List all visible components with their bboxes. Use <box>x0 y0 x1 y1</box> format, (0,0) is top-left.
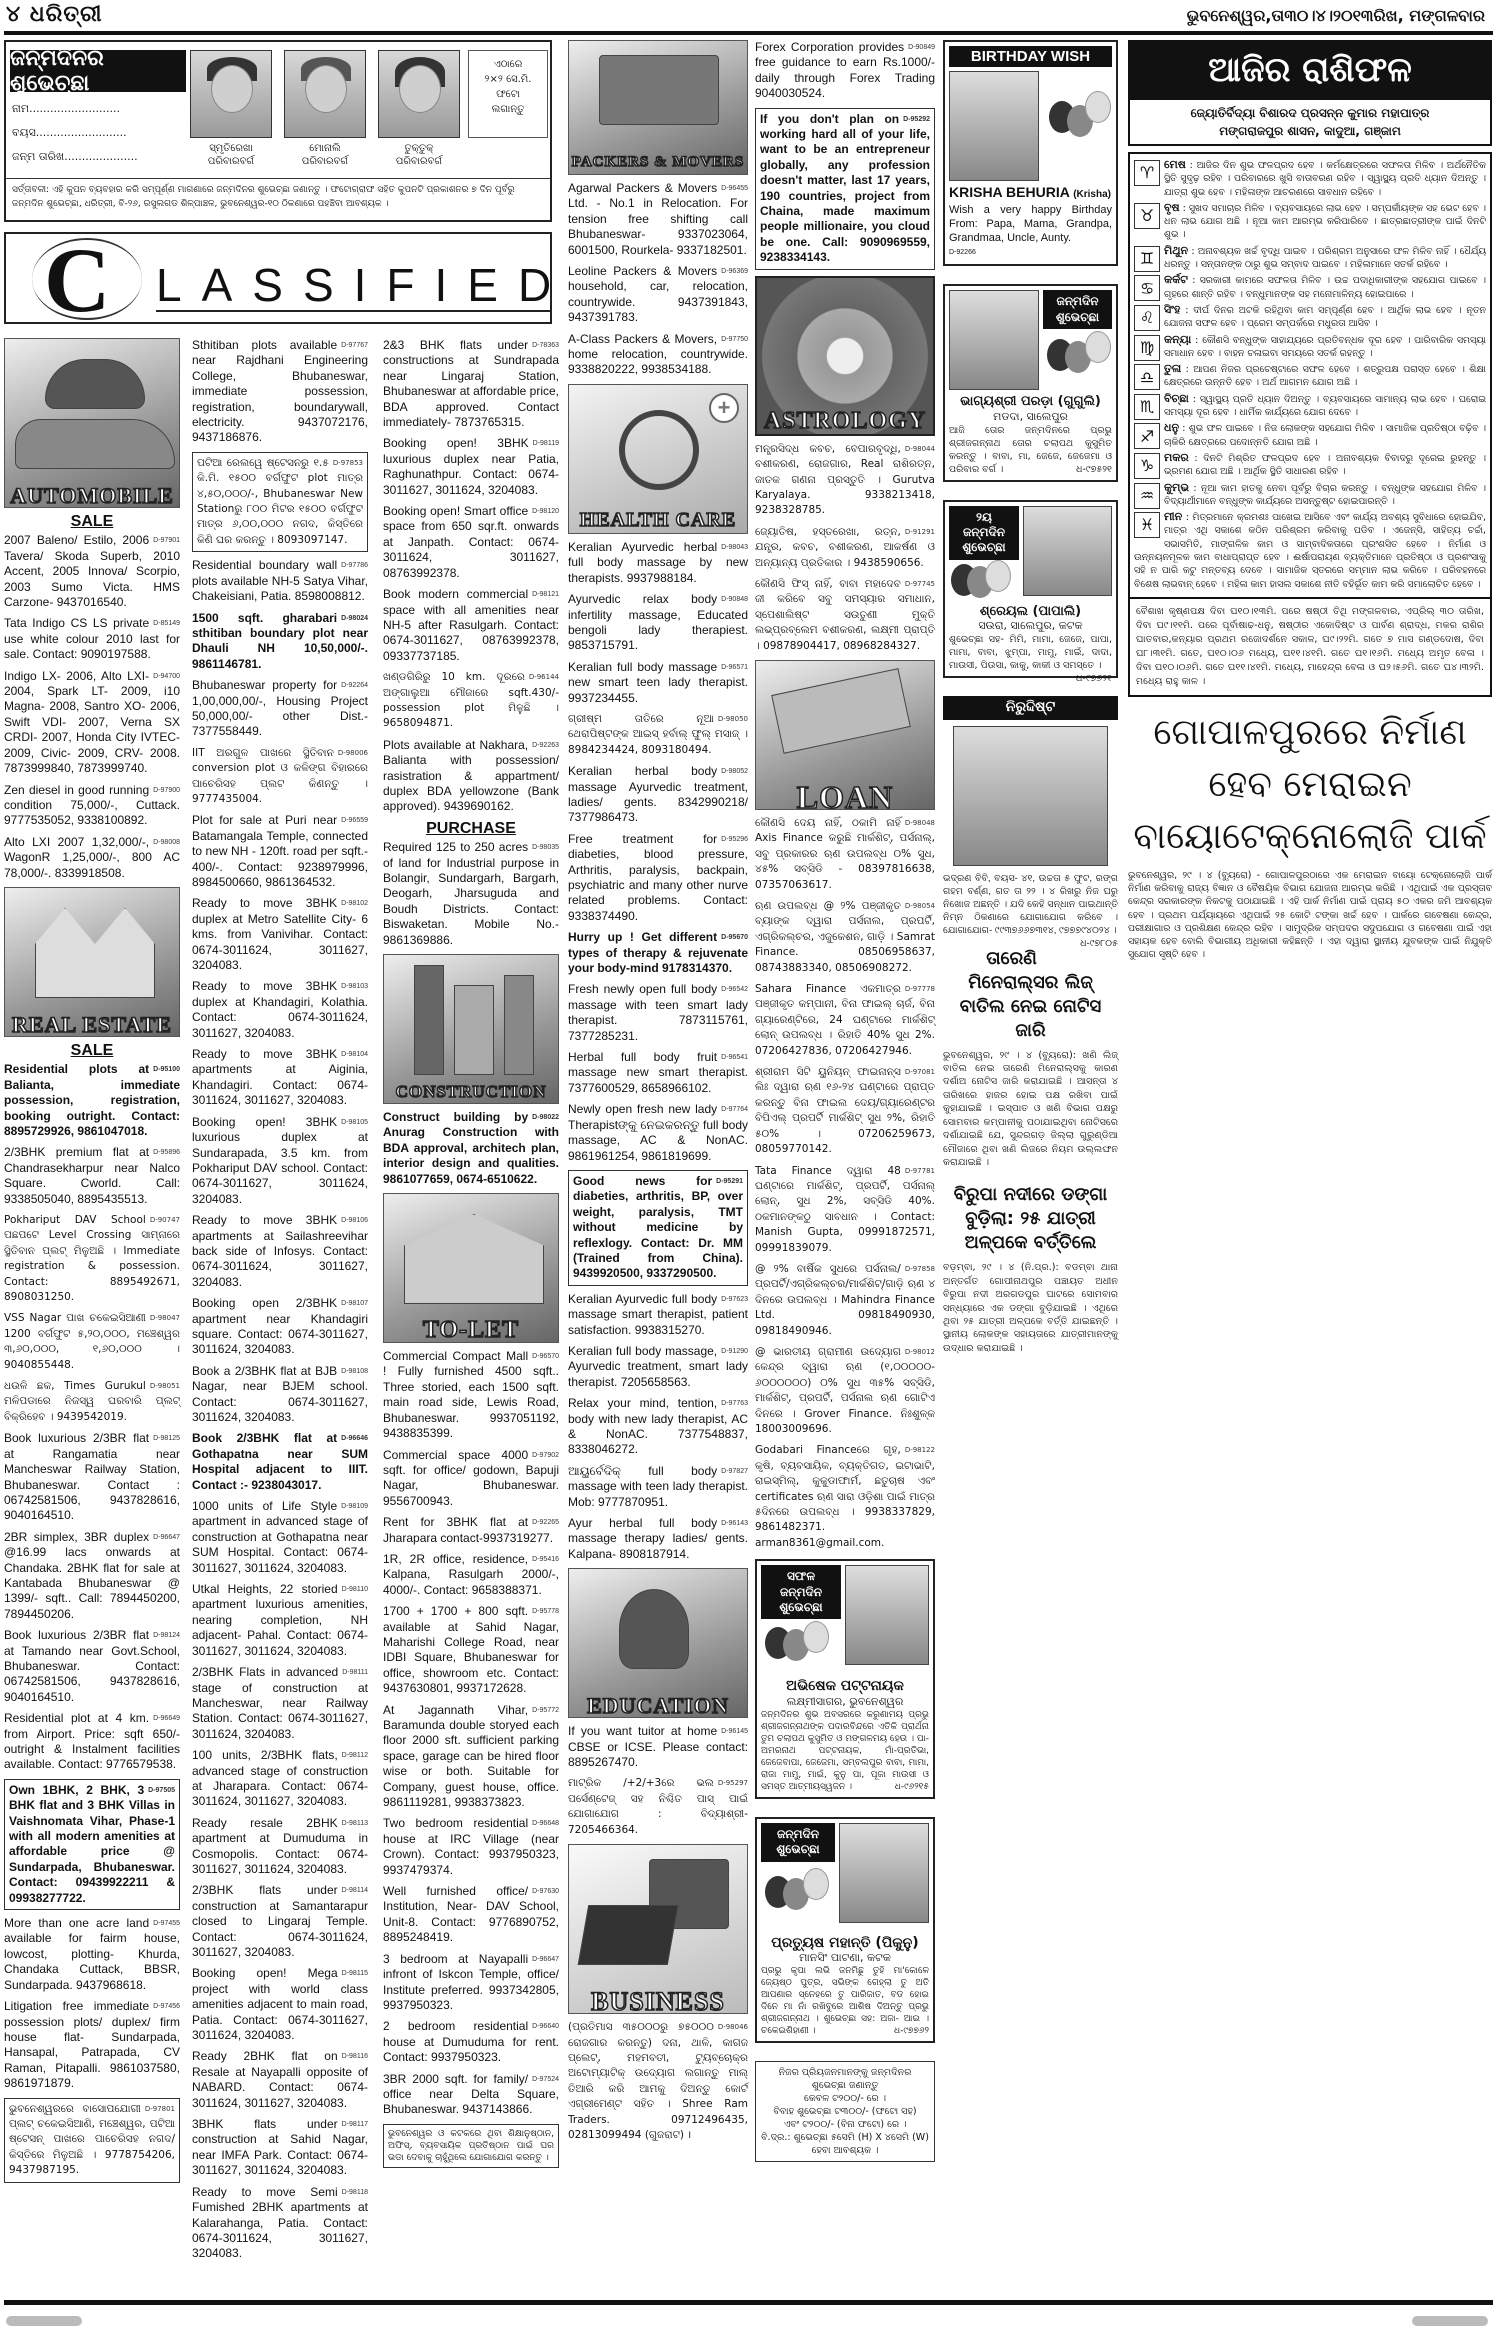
plus-icon: + <box>709 393 739 423</box>
classified-ad: D-91291ଜ୍ୟୋତିଷ, ହସ୍ତରେଖା, ରତ୍ନ, ଯନ୍ତ୍ର, … <box>755 525 935 571</box>
auto-ads: D-979012007 Baleno/ Estilo, 2006 Tavera/… <box>4 533 180 881</box>
sign-leo: ♌ସିଂହ : ଦୀର୍ଘ ଦିନର ଅଟକି ରହିଥିବା କାମ ସମ୍ପ… <box>1134 303 1486 331</box>
classified-ad: D-958962/3BHK premium flat at Chandrasek… <box>4 1145 180 1207</box>
classified-ad: D-981142/3BHK flats under construction a… <box>192 1883 368 1960</box>
classified-ad: D-98103Ready to move 3BHK duplex at Khan… <box>192 979 368 1041</box>
classified-ad: D-98106Ready to move 3BHK apartments at … <box>192 1213 368 1290</box>
classified-ad: D-98052Keralian herbal body massage Ayur… <box>568 764 748 826</box>
classified-ad: D-975243BR 2000 sqft. for family/ office… <box>383 2072 559 2118</box>
classified-ad: D-92263Plots available at Nakhara, Balia… <box>383 738 559 815</box>
age-field: ବୟସ.......................... <box>12 126 127 140</box>
wish-text: ଆଜି ତୋର ଜନ୍ମଦିନରେ ପ୍ରଭୁ ଶ୍ରୀଜଗନ୍ନାଥ ତୋର … <box>949 424 1112 476</box>
kid-photo-1 <box>190 50 272 138</box>
child-place: ସଉରା, ସାଲେପୁର, କଟକ <box>949 619 1112 633</box>
footer-pill-right <box>1412 2316 1488 2326</box>
packers-movers-label: PACKERS & MOVERS <box>569 155 747 170</box>
loan-image: LOAN <box>755 660 935 810</box>
balloons-icon <box>761 1862 835 1932</box>
column-4: PACKERS & MOVERS D-96455Agarwal Packers … <box>568 40 748 2149</box>
classified-ad: D-98118Ready to move Semi Fumished 2BHK … <box>192 2185 368 2262</box>
classified-ad: D-98105Booking open! 3BHK luxurious dupl… <box>192 1115 368 1207</box>
classified-ad: D-98116Ready 2BHK flat on Resale at Naya… <box>192 2049 368 2111</box>
classified-ad: D-98120Booking open! Smart office space … <box>383 504 559 581</box>
sign-scorpio: ♏ବିଚ୍ଛା : ସ୍ୱାସ୍ଥ୍ୟ ପ୍ରତି ଧ୍ୟାନ ଦିଅନ୍ତୁ … <box>1134 392 1486 420</box>
to-let-label: TO-LET <box>384 1323 558 1338</box>
classified-ad: D-98008Alto LXI 2007 1,32,000/-, WagonR … <box>4 835 180 881</box>
packers-movers-image: PACKERS & MOVERS <box>568 40 748 175</box>
card-tag: ଜନ୍ମଦିନ ଶୁଭେଚ୍ଛା <box>761 1823 835 1862</box>
classified-ad-boxed: D-97853ପଟିଆ ରେଲୱେ ଷ୍ଟେସନରୁ ୧.୫ କି.ମି. ୧୫… <box>192 452 368 552</box>
classified-ad: D-980241500 sqft. gharabari sthitiban bo… <box>192 611 368 673</box>
child-place: ମଡଦା, ସାଲେପୁର <box>949 410 1112 424</box>
classified-ad: D-95670Hurry up ! Get different types of… <box>568 930 748 976</box>
classified-ad: D-95297ମାଟ୍ରିକ /+2/+3ରେ ଭଲ ପର୍ସେଣ୍ଟେଜ୍ ସ… <box>568 1776 748 1838</box>
sale-heading: SALE <box>4 1043 180 1058</box>
classified-ad: D-97081ଶ୍ରୀରାମ ସିଟି ୟୁନିୟନ୍ ଫାଇନାନ୍ସ ଲିଃ… <box>755 1065 935 1157</box>
story-headline: ବିରୁପା ନଦୀରେ ଡଙ୍ଗା ବୁଡ଼ିଲା: ୨୫ ଯାତ୍ରୀ ଅଳ… <box>943 1183 1118 1255</box>
coupon-title: ଜନ୍ମଦିନର ଶୁଭେଚ୍ଛା <box>10 50 186 92</box>
classified-ad: D-96646Book 2/3BHK flat at Gothapatna ne… <box>192 1431 368 1493</box>
classified-ad: D-96570Commercial Compact Mall ! Fully f… <box>383 1349 559 1441</box>
classified-ad: D-97781Tata Finance ଦ୍ୱାରା 48 ଘଣ୍ଟାରେ ମା… <box>755 1164 935 1256</box>
birthday-coupon: ଜନ୍ମଦିନର ଶୁଭେଚ୍ଛା ନାମ...................… <box>4 40 552 222</box>
classified-ad: D-966402 bedroom residential house at Du… <box>383 2019 559 2065</box>
automobile-label: AUTOMOBILE <box>5 488 179 503</box>
truck-icon <box>599 55 719 125</box>
kid-caption-1: ସ୍ମୃତିରେଖାପରିବାରବର୍ଗ <box>186 142 276 168</box>
classified-ad: D-97750A-Class Packers & Movers, home re… <box>568 332 748 378</box>
column-1: AUTOMOBILE SALE D-979012007 Baleno/ Esti… <box>4 338 180 2189</box>
wish-text: Wish a very happy Birthday From: Papa, M… <box>949 203 1112 245</box>
card-tag: ୨ୟ ଜନ୍ମଦିନ ଶୁଭେଚ୍ଛା <box>949 506 1019 560</box>
child-place: ମାନସିଂ ପାଟଣା, କଟକ <box>761 1951 929 1965</box>
banner-c: C <box>44 234 110 324</box>
birthday-card-bhagyashree: ଜନ୍ମଦିନ ଶୁଭେଚ୍ଛା ଭାଗ୍ୟଶ୍ରୀ ପରଡ଼ା (ଗୁଗୁଲି… <box>943 284 1118 481</box>
classified-ad: D-98108Book a 2/3BHK flat at BJB Nagar, … <box>192 1364 368 1426</box>
classified-ad: D-98104Ready to move 3BHK apartments at … <box>192 1047 368 1109</box>
classified-ad: D-90849Forex Corporation provides free g… <box>755 40 935 102</box>
classified-ad: D-98044ମନ୍ତ୍ରସିଦ୍ଧ କବଚ, ବେପାରବୃଦ୍ଧି, ବଶୀ… <box>755 442 935 519</box>
classified-ad: D-85149Tata Indigo CS LS private use whi… <box>4 616 180 662</box>
health-care-image: + HEALTH CARE <box>568 384 748 534</box>
classified-ad: D-95100Residential plots at Balianta, im… <box>4 1062 180 1139</box>
person-photo <box>953 726 1108 866</box>
name-field: ନାମ.......................... <box>12 102 120 116</box>
card-title: BIRTHDAY WISH <box>949 46 1112 67</box>
laptop-icon <box>578 1905 679 1965</box>
classified-ad: D-94700Indigo LX- 2006, Alto LXI- 2004, … <box>4 669 180 777</box>
classified-ad: D-98121Book modern commercial space with… <box>383 587 559 664</box>
classified-ad: D-957781700 + 1700 + 800 sqft. available… <box>383 1604 559 1696</box>
kid-caption-3: ତୁକ୍‌ତୁକ୍ପରିବାରବର୍ଗ <box>374 142 464 168</box>
classified-ad: D-97900Zen diesel in good running condit… <box>4 783 180 829</box>
child-name: ପ୍ରତ୍ୟୁଷ ମହାନ୍ତି (ପିକୁନୁ) <box>761 1936 929 1951</box>
classified-ad: D-98125Book luxurious 2/3BR flat at Rang… <box>4 1431 180 1523</box>
column-6: BIRTHDAY WISH KRISHA BEHURIA (Krisha) Wi… <box>943 40 1118 1355</box>
classified-ad: D-98006IIT ଅରଗୁଳ ପାଖରେ ସ୍ଥିତିବାନ convers… <box>192 746 368 808</box>
page-label: ୪ ଧରିତ୍ରୀ <box>6 2 103 27</box>
classified-ad: D-97858@ ୨% ବାର୍ଷିକ ସୁଧରେ ପର୍ସନାଲ/ ପ୍ରପର… <box>755 1262 935 1339</box>
classified-ad: D-96143Ayur herbal full body massage the… <box>568 1516 748 1562</box>
classified-ad: D-97786Residential boundary wall plots a… <box>192 558 368 604</box>
classified-ad: D-98054ଋଣ ଉପଲବ୍ଧ @ ୨% ପଞ୍ଜୀକୃତ ବ୍ୟାଙ୍କ ଦ… <box>755 899 935 976</box>
astrology-image: ASTROLOGY <box>755 276 935 436</box>
sign-aquarius: ♒କୁମ୍ଭ : ନୂଆ କାମ ହାତକୁ ନେବା ପୂର୍ବରୁ ବିଚା… <box>1134 481 1486 509</box>
child-name: KRISHA BEHURIA (Krisha) <box>949 185 1112 202</box>
automobile-image: AUTOMOBILE <box>4 338 180 508</box>
balloons-icon <box>1049 91 1109 161</box>
classified-ad: D-98122Godabari Financeରେ ଗୃହ, କୃଷି, ବ୍ୟ… <box>755 1443 935 1551</box>
taurus-icon: ♉ <box>1134 203 1160 229</box>
story-body: ବଡ଼ମ୍ବା, ୨୯ । ୪ (ନି.ପ୍ର.): ବଡମ୍ବା ଥାନା ଅ… <box>943 1261 1118 1355</box>
classified-ad: D-96542Fresh newly open full body massag… <box>568 982 748 1044</box>
classified-ad: D-91290Keralian full body massage, Ayurv… <box>568 1344 748 1390</box>
news-body: ଭୁବନେଶ୍ୱର, ୨୯ । ୪ (ବ୍ୟୁରୋ) - ଗୋପାଳପୁରଠାର… <box>1128 869 1492 961</box>
classified-ad: D-92265Rent for 3BHK flat at Jharapara c… <box>383 1515 559 1546</box>
sign-taurus: ♉ବୃଷ : ସୁଖଦ ସମାଚାର ମିଳିବ । ବ୍ୟବସାୟରେ ଲାଭ… <box>1134 201 1486 242</box>
kid-caption-2: ମୋନାଲିପରିବାରବର୍ଗ <box>280 142 370 168</box>
purchase-heading: PURCHASE <box>383 821 559 836</box>
coupon-terms: ସର୍ତ୍ତାବଳୀ: ଏହି କୁପନ ବ୍ୟବହାର କରି ସମ୍ପୂର୍… <box>6 178 550 215</box>
business-label: BUSINESS <box>569 1994 747 2009</box>
child-photo <box>949 290 1039 390</box>
classified-ad: D-96649Residential plot at 4 km. from Ai… <box>4 1711 180 1773</box>
notice-box: ଭୁବନେଶ୍ୱର ଓ କଟକରେ ଥିବା ଶିକ୍ଷାନୁଷ୍ଠାନ, ଅଫ… <box>383 2124 559 2168</box>
business-image: BUSINESS <box>568 1844 748 2014</box>
child-photo <box>845 1565 929 1665</box>
real-estate-label: REAL ESTATE <box>5 1017 179 1032</box>
libra-icon: ♎ <box>1134 364 1160 390</box>
classified-ad: D-97623Keralian Ayurvedic full body mass… <box>568 1292 748 1338</box>
classified-ad: D-96571Keralian full body massage new sm… <box>568 660 748 706</box>
building-icon <box>504 975 534 1075</box>
child-photo <box>949 71 1039 181</box>
classified-ad: D-966472BR simplex, 3BR duplex @16.99 la… <box>4 1530 180 1622</box>
photo-placeholder: ଏଠାରେ୨×୨ ସେ.ମି.ଫଟୋଲଗାନ୍ତୁ <box>468 50 548 138</box>
classified-ad: D-97764Newly open fresh new lady Therapi… <box>568 1102 748 1164</box>
classified-ad: D-96455Agarwal Packers & Movers Ltd. - N… <box>568 181 748 258</box>
classified-ad: D-96145If you want tuitor at home CBSE o… <box>568 1724 748 1770</box>
health-care-label: HEALTH CARE <box>569 513 747 528</box>
sign-aries: ♈ମେଷ : ଆଜିର ଦିନ ଶୁଭ ଫଳପ୍ରଦ ହେବ । କର୍ମକ୍ଷ… <box>1134 158 1486 199</box>
birthday-wish-krisha: BIRTHDAY WISH KRISHA BEHURIA (Krisha) Wi… <box>943 40 1118 266</box>
classified-ad: D-96541Herbal full body fruit massage ne… <box>568 1050 748 1096</box>
top-rule <box>4 31 1493 35</box>
balloons-icon <box>761 1619 841 1675</box>
sign-virgo: ♍କନ୍ୟା : କୌଣସି ବନ୍ଧୁଙ୍କ ସାହାଯ୍ୟରେ ପ୍ରତିବ… <box>1134 333 1486 361</box>
classified-ad-boxed: D-95291Good news for diabeties, arthriti… <box>568 1170 748 1286</box>
classified-ad: D-97763Relax your mind, tention, body wi… <box>568 1396 748 1458</box>
stethoscope-icon <box>619 410 699 490</box>
ad-code: D-92266 <box>949 245 1112 260</box>
classified-ad: D-981112/3BHK Flats in advanced stage of… <box>192 1665 368 1742</box>
classified-banner: C LASSIFIED <box>4 232 552 324</box>
balloons-icon <box>1043 329 1112 389</box>
classified-ad: D-98115Booking open! Mega project with w… <box>192 1966 368 2043</box>
column-3: D-783632&3 BHK flats under constructions… <box>383 338 559 2174</box>
construction-label: CONSTRUCTION <box>384 1084 558 1099</box>
sign-libra: ♎ତୁଳା : ଆପଣ ନିଜର ପ୍ରଚେଷ୍ଟାରେ ସଫଳ ହେବେ । … <box>1134 362 1486 390</box>
education-label: EDUCATION <box>569 1698 747 1713</box>
classified-ad: D-97827ଆୟୁର୍ବେଦିକ୍ full body massage wit… <box>568 1464 748 1510</box>
classified-ad: D-98048କୌଣସି ଦେୟ ନାହିଁ, ଠକାମି ନାହିଁ Axis… <box>755 816 935 893</box>
classified-ad: D-98035Required 125 to 250 acres of land… <box>383 840 559 948</box>
missing-person-notice: ନିରୁଦ୍ଦିଷ୍ଟ ଭଦ୍ରଣ ବିବି, ବୟସ- ୪୧, ଉଚ୍ଚତା … <box>943 696 1118 936</box>
student-icon <box>619 1589 689 1669</box>
child-photo <box>1023 506 1112 596</box>
classified-ad: D-98043Keralian Ayurvedic herbal full bo… <box>568 540 748 586</box>
classified-ad: D-954161R, 2R office, residence, Kalpana… <box>383 1552 559 1598</box>
classified-ad: D-98124Book luxurious 2/3BR flat at Tama… <box>4 1628 180 1705</box>
birthday-card-shreyal: ୨ୟ ଜନ୍ମଦିନ ଶୁଭେଚ୍ଛା ଶ୍ରେୟଲ (ପାପାଲି) ସଉରା… <box>943 500 1118 679</box>
classified-ad: D-97902Commercial space 4000 sqft. for o… <box>383 1448 559 1510</box>
news-headline: ଗୋପାଳପୁରରେ ନିର୍ମାଣ ହେବ ମେରାଇନ ବାୟୋଟେକ୍ନୋ… <box>1128 707 1492 863</box>
classified-ad: D-90848Ayurvedic relax body infertility … <box>568 592 748 654</box>
aquarius-icon: ♒ <box>1134 483 1160 509</box>
horoscope-title: ଆଜିର ରାଶିଫଳ <box>1128 40 1492 100</box>
almanac-box: ବୈଶାଖ କୃଷ୍ଣପକ୍ଷ ଦିବା ଘ୧୦।୧୩ମି. ପରେ ଷଷ୍ଠୀ… <box>1128 599 1492 697</box>
dob-field: ଜନ୍ମ ତାରିଖ..................... <box>12 150 138 164</box>
education-image: EDUCATION <box>568 1568 748 1718</box>
classified-ad: D-98102Ready to move 3BHK duplex at Metr… <box>192 896 368 973</box>
scorpio-icon: ♏ <box>1134 394 1160 420</box>
horoscope-body: ♈ମେଷ : ଆଜିର ଦିନ ଶୁଭ ଫଳପ୍ରଦ ହେବ । କର୍ମକ୍ଷ… <box>1128 152 1492 599</box>
classified-ad: D-97455More than one acre land available… <box>4 1916 180 1993</box>
car-icon <box>15 419 175 469</box>
astrologer-byline: ଜ୍ୟୋତିର୍ବିଦ୍ୟା ବିଶାରଦ ପ୍ରସନ୍ନ କୁମାର ମହାପ… <box>1128 100 1492 146</box>
column-2: D-97767Sthitiban plots available near Ra… <box>192 338 368 2268</box>
child-name: ଅଭିଷେକ ପଟ୍ଟନାୟକ <box>761 1679 929 1694</box>
cancer-icon: ♋ <box>1134 275 1160 301</box>
notice-text: ଭଦ୍ରଣ ବିବି, ବୟସ- ୪୧, ଉଚ୍ଚତା ୫ ଫୁଟ, ରଙ୍ଗ … <box>943 872 1118 937</box>
classified-ad: D-96648Two bedroom residential house at … <box>383 1816 559 1878</box>
child-name: ଶ୍ରେୟଲ (ପାପାଲି) <box>949 604 1112 619</box>
house-icon <box>35 908 155 998</box>
classified-ad: D-98110Utkal Heights, 22 storied apartme… <box>192 1582 368 1659</box>
building-icon <box>454 985 494 1075</box>
aries-icon: ♈ <box>1134 160 1160 186</box>
virgo-icon: ♍ <box>1134 335 1160 361</box>
loan-label: LOAN <box>756 790 934 805</box>
capricorn-icon: ♑ <box>1134 453 1160 479</box>
wish-text: ଜନ୍ମଦିନର ଶୁଭ ଅବସରରେ କରୁଣାମୟ ପ୍ରଭୁ ଶ୍ରୀଜଗ… <box>761 1709 929 1793</box>
classified-ad-boxed: D-95292If you don't plan on working hard… <box>755 108 935 270</box>
classified-ad: D-92264Bhubaneswar property for 1,00,000… <box>192 678 368 740</box>
sagittarius-icon: ♐ <box>1134 423 1160 449</box>
card-tag: ସଫଳ ଜନ୍ମଦିନ ଶୁଭେଚ୍ଛା <box>761 1565 841 1619</box>
classified-ad: D-90747Pokhariput DAV School ପଛପଟେ Level… <box>4 1213 180 1305</box>
to-let-image: TO-LET <box>383 1193 559 1343</box>
classified-ad: D-981091000 units of Life Style apartmen… <box>192 1499 368 1576</box>
sign-sagittarius: ♐ଧନୁ : ଶୁଭ ଫଳ ପାଇବେ । ନିଜ ଲୋକଙ୍କ ସହଯୋଗ ମ… <box>1134 421 1486 449</box>
wish-text: ଶୁଭେଚ୍ଛା ସହ- ମିମି, ମାମା, ଜେଜେ, ପାପା, ମାମ… <box>949 633 1112 672</box>
dateline: ଭୁବନେଶ୍ୱର,ତା୩୦।୪।୨୦୧୩ରିଖ, ମଙ୍ଗଳବାର <box>1187 6 1485 26</box>
classified-ad: D-95296Free treatment for diabeties, blo… <box>568 832 748 924</box>
sign-pisces: ♓ମୀନ : ମିତ୍ରମାନେ କ୍ରମଶଃ ପାଖେଇ ଆସିବେ ଏବଂ … <box>1134 510 1486 591</box>
footer-pill-left <box>6 2316 82 2326</box>
sign-cancer: ♋କର୍କଟ : ସରକାରୀ କାମରେ ସଫଳତା ମିଳିବ । ଉଚ୍ଚ… <box>1134 273 1486 301</box>
classified-ad: D-96144ଖଣ୍ଡଗିରିରୁ 10 km. ଦୂରରେ ଅଙ୍ଗାଲୁଆ … <box>383 670 559 732</box>
house-icon <box>404 1214 544 1304</box>
birthday-card-pratyush: ଜନ୍ମଦିନ ଶୁଭେଚ୍ଛା ପ୍ରତ୍ୟୁଷ ମହାନ୍ତି (ପିକୁନ… <box>755 1817 935 2043</box>
sign-gemini: ♊ମିଥୁନ : ଅନାବଶ୍ୟକ ଖର୍ଚ୍ଚ ବୃଦ୍ଧି ପାଇବ । ପ… <box>1134 244 1486 272</box>
column-5: D-90849Forex Corporation provides free g… <box>755 40 935 2162</box>
banner-text: LASSIFIED <box>156 260 552 310</box>
classified-ad: D-97630Well furnished office/ Institutio… <box>383 1884 559 1946</box>
story-headline: ତାରେଣି ମିନେରାଲ୍ସର ଲିଜ୍ ବାତିଲ ନେଇ ନୋଟିସ ଜ… <box>943 947 1118 1043</box>
horoscope-section: ଆଜିର ରାଶିଫଳ ଜ୍ୟୋତିର୍ବିଦ୍ୟା ବିଶାରଦ ପ୍ରସନ୍… <box>1128 40 1492 961</box>
classified-ad: D-98112100 units, 2/3BHK flats, advanced… <box>192 1748 368 1810</box>
real-estate-image: REAL ESTATE <box>4 887 180 1037</box>
balloons-icon <box>949 560 1019 600</box>
bottom-rule <box>4 2300 1493 2305</box>
rates-box: ନିଜର ପ୍ରିୟଜନମାନଙ୍କୁ ଜନ୍ମଦିନର ଶୁଭେଚ୍ଛା ଜଣ… <box>755 2061 935 2162</box>
classified-ad: D-96369Leoline Packers & Movers househol… <box>568 264 748 326</box>
classified-ad: D-98119Booking open! 3BHK luxurious dupl… <box>383 436 559 498</box>
sale-heading: SALE <box>4 514 180 529</box>
birthday-card-abhishek: ସଫଳ ଜନ୍ମଦିନ ଶୁଭେଚ୍ଛା ଅଭିଷେକ ପଟ୍ଟନାୟକ ଲକ୍… <box>755 1559 935 1799</box>
kid-photo-3 <box>378 50 460 138</box>
wish-text: ପ୍ରଭୁ କୃପା ଲଭି ଜନମିଛୁ ତୁହି ମା'କୋଳେ ଜ୍ୟେଷ… <box>761 1965 929 2037</box>
classified-ad: D-783632&3 BHK flats under constructions… <box>383 338 559 430</box>
gemini-icon: ♊ <box>1134 246 1160 272</box>
classified-ad-boxed: D-97505Own 1BHK, 2 BHK, 3 BHK flat and 3… <box>4 1779 180 1910</box>
classified-ad: D-98012@ ଭାରତୀୟ ଗ୍ରାମୀଣ ଉଦ୍ୟୋଗ କେନ୍ଦ୍ର ଦ… <box>755 1345 935 1437</box>
classified-ad: D-981173BHK flats under construction at … <box>192 2117 368 2179</box>
kid-photo-2 <box>284 50 366 138</box>
sign-capricorn: ♑ମକର : ଦିନଟି ମିଶ୍ରିତ ଫଳପ୍ରଦ ହେବ । ଅନାବଶ୍… <box>1134 451 1486 479</box>
banner-underline <box>156 310 550 312</box>
classified-ad: D-98050ଗ୍ରୀଷ୍ମ ତାତିରେ ନୂଆ ଥେରାପିଷ୍ଟଙ୍କ ଆ… <box>568 712 748 758</box>
building-icon <box>414 965 444 1075</box>
classified-ad: D-97456Litigation free immediate possess… <box>4 1999 180 2091</box>
classified-ad: D-98047VSS Nagar ପାଖ ଚକେଇସିଆଣୀ 1200 ବର୍ଗ… <box>4 1311 180 1373</box>
classified-ad: D-98046(ପ୍ରତିମାସ ୩୫୦୦୦ରୁ ୭୫୦୦୦ ରୋଜଗାର କର… <box>568 2020 748 2143</box>
story-body: ଭୁବନେଶ୍ୱର, ୨୯ । ୪ (ବ୍ୟୁରୋ): ଖଣି ଲିଜ୍ ବାତ… <box>943 1049 1118 1170</box>
astrology-label: ASTROLOGY <box>757 414 933 429</box>
classified-ad-boxed: D-97801ଭୁବନେଶ୍ୱରରେ ବାସୋପଯୋଗୀ ପ୍ଲଟ୍ ଚକେଇସ… <box>4 2098 180 2183</box>
classified-ad: D-97745କୌଣସି ଫିସ୍ ନାହିଁ, ବାବା ମହାଦେବ ଜୀ … <box>755 577 935 654</box>
classified-ad: D-95772At Jagannath Vihar, Baramunda dou… <box>383 1703 559 1811</box>
card-tag: ଜନ୍ମଦିନ ଶୁଭେଚ୍ଛା <box>1043 290 1112 329</box>
classified-ad: D-98107Booking open 2/3BHK apartment nea… <box>192 1296 368 1358</box>
classified-ad: D-98113Ready resale 2BHK apartment at Du… <box>192 1816 368 1878</box>
construction-image: CONSTRUCTION <box>383 954 559 1104</box>
classified-ad: D-966473 bedroom at Nayapalli infront of… <box>383 1952 559 2014</box>
banknote-icon <box>771 668 911 754</box>
motorcycle-icon <box>45 359 145 409</box>
classified-ad: D-97767Sthitiban plots available near Ra… <box>192 338 368 446</box>
classified-ad: D-98051ଧଉଳି ଛକ, Times Gurukul ମଳିପଡାରେ ନ… <box>4 1379 180 1425</box>
child-place: ଲକ୍ଷ୍ମୀସାଗର, ଭୁବନେଶ୍ୱର <box>761 1695 929 1709</box>
leo-icon: ♌ <box>1134 305 1160 331</box>
child-name: ଭାଗ୍ୟଶ୍ରୀ ପରଡ଼ା (ଗୁଗୁଲି) <box>949 394 1112 409</box>
classified-ad: D-98022Construct building by Anurag Cons… <box>383 1110 559 1187</box>
child-photo <box>839 1823 929 1923</box>
classified-ad: D-979012007 Baleno/ Estilo, 2006 Tavera/… <box>4 533 180 610</box>
pisces-icon: ♓ <box>1134 512 1160 538</box>
classified-ad: D-96559Plot for sale at Puri near Batama… <box>192 813 368 890</box>
notice-tag: ନିରୁଦ୍ଦିଷ୍ଟ <box>943 696 1118 719</box>
classified-ad: D-97778Sahara Finance ଏକମାତ୍ର ପଞ୍ଜୀକୃତ କ… <box>755 982 935 1059</box>
